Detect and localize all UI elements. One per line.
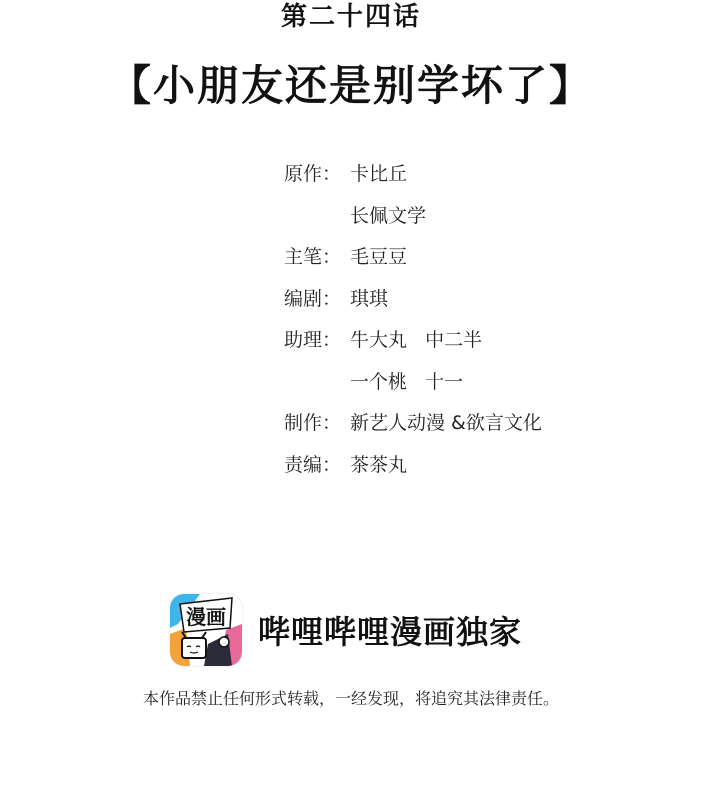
credit-label: 责编： bbox=[284, 450, 350, 477]
credit-row-assistants-2: 一个桃 十一 bbox=[284, 360, 542, 402]
brand-block: 漫画 哔哩哔哩漫画独家 bbox=[170, 594, 522, 666]
credit-label: 主笔： bbox=[284, 242, 350, 269]
credit-value: 毛豆豆 bbox=[350, 242, 407, 269]
credits-list: 原作： 卡比丘 长佩文学 主笔： 毛豆豆 编剧： 琪琪 助理： 牛大丸 中二半 … bbox=[284, 152, 542, 484]
chapter-title: 【小朋友还是别学坏了】 bbox=[0, 58, 702, 114]
credit-row-original-author-2: 长佩文学 bbox=[284, 194, 542, 236]
credit-value: 长佩文学 bbox=[350, 201, 426, 228]
svg-text:漫画: 漫画 bbox=[186, 605, 226, 629]
credit-row-lead-artist: 主笔： 毛豆豆 bbox=[284, 235, 542, 277]
credit-row-production: 制作： 新艺人动漫 &欲言文化 bbox=[284, 401, 542, 443]
credit-label: 制作： bbox=[284, 408, 350, 435]
credit-label: 原作： bbox=[284, 159, 350, 186]
credit-value: 卡比丘 bbox=[350, 159, 407, 186]
credit-row-editor: 责编： 茶茶丸 bbox=[284, 443, 542, 485]
credit-row-assistants: 助理： 牛大丸 中二半 bbox=[284, 318, 542, 360]
credit-value: 一个桃 十一 bbox=[350, 367, 463, 394]
bilibili-manga-app-icon: 漫画 bbox=[170, 594, 242, 666]
credit-value: 新艺人动漫 &欲言文化 bbox=[350, 408, 542, 435]
credit-row-original-author: 原作： 卡比丘 bbox=[284, 152, 542, 194]
credit-value: 牛大丸 中二半 bbox=[350, 325, 482, 352]
credit-label: 编剧： bbox=[284, 284, 350, 311]
credit-value: 茶茶丸 bbox=[350, 450, 407, 477]
credit-row-screenwriter: 编剧： 琪琪 bbox=[284, 277, 542, 319]
brand-name: 哔哩哔哩漫画独家 bbox=[258, 607, 522, 653]
credit-value: 琪琪 bbox=[350, 284, 388, 311]
episode-number: 第二十四话 bbox=[0, 0, 702, 34]
credit-label: 助理： bbox=[284, 325, 350, 352]
copyright-notice: 本作品禁止任何形式转载，一经发现，将追究其法律责任。 bbox=[0, 686, 702, 709]
